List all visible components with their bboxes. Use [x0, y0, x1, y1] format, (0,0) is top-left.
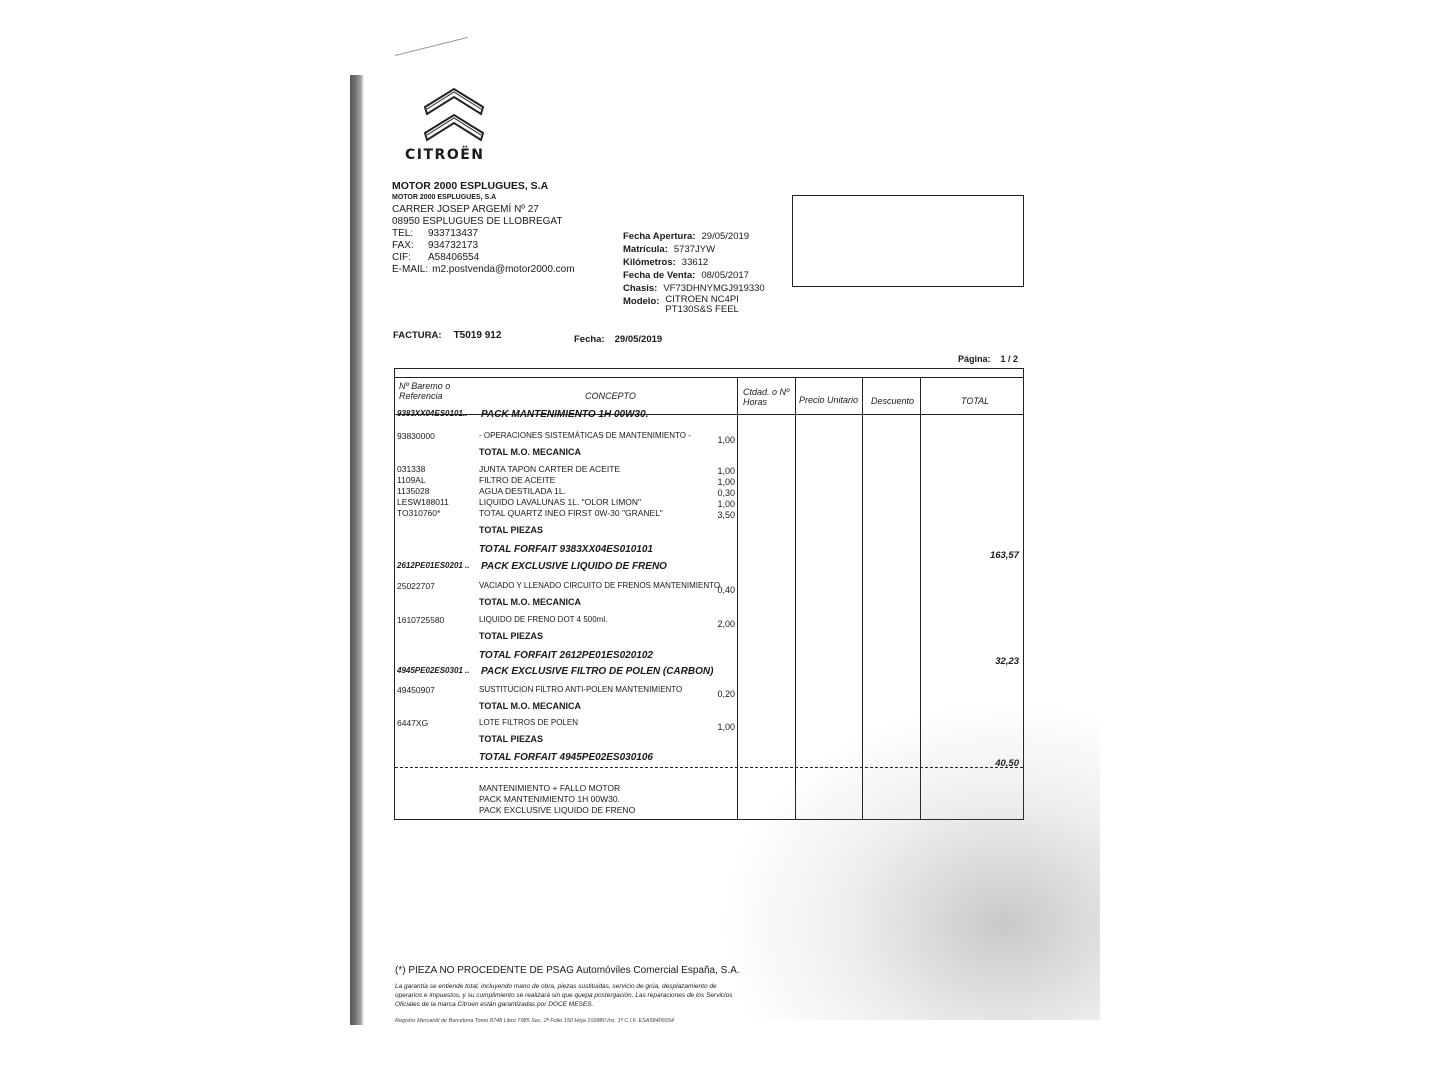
note-line: PACK EXCLUSIVE LIQUIDO DE FRENO [479, 805, 635, 816]
invoice-table: Nº Baremo o Referencia CONCEPTO Ctdad. o… [394, 368, 1024, 820]
row-reference: 2612PE01ES0201 .. [397, 561, 470, 570]
row-concepto: TOTAL PIEZAS [479, 525, 543, 535]
row-concepto: TOTAL M.O. MECANICA [479, 447, 581, 457]
matricula-value: 5737JYW [674, 243, 715, 256]
pagina-label: Página: [958, 354, 991, 364]
row-reference: 1610725580 [397, 615, 444, 625]
row-concepto: LOTE FILTROS DE POLEN [479, 718, 578, 727]
fecha-apertura-label: Fecha Apertura: [623, 230, 696, 243]
cif-label: CIF: [392, 252, 428, 264]
row-concepto: PACK EXCLUSIVE FILTRO DE POLEN (CARBON) [481, 666, 713, 677]
double-chevron-icon [423, 85, 485, 143]
fecha-apertura-value: 29/05/2019 [702, 230, 750, 243]
footer-registry: Registro Mercantil de Barcelona Tomo 874… [395, 1018, 674, 1024]
fecha-label: Fecha: [574, 334, 605, 345]
row-quantity: 0,40 [717, 585, 735, 595]
row-reference: LESW188011 [397, 497, 449, 507]
fecha-value: 29/05/2019 [615, 334, 663, 345]
row-concepto: PACK MANTENIMIENTO 1H 00W30. [481, 409, 648, 420]
row-concepto: TOTAL FORFAIT 2612PE01ES020102 [479, 650, 653, 661]
row-quantity: 1,00 [717, 722, 735, 732]
row-reference: 9383XX04ES0101.. [397, 409, 467, 418]
row-concepto: LIQUIDO LAVALUNAS 1L. "OLOR LIMON" [479, 497, 641, 507]
note-line: PACK MANTENIMIENTO 1H 00W30. [479, 794, 635, 805]
customer-address-box [792, 195, 1024, 287]
footer-note: (*) PIEZA NO PROCEDENTE DE PSAG Automóvi… [395, 965, 740, 976]
column-divider [862, 377, 863, 819]
factura-value: T5019 912 [454, 330, 502, 341]
row-quantity: 1,00 [717, 466, 735, 476]
factura-label: FACTURA: [393, 330, 442, 341]
row-concepto: LIQUIDO DE FRENO DOT 4 500ml. [479, 615, 607, 624]
vehicle-info: Fecha Apertura:29/05/2019 Matrícula:5737… [623, 230, 785, 315]
row-quantity: 1,00 [717, 499, 735, 509]
matricula-label: Matrícula: [623, 243, 668, 256]
row-reference: 49450907 [397, 685, 435, 695]
row-total: 163,57 [990, 550, 1019, 561]
company-name: MOTOR 2000 ESPLUGUES, S.A [392, 180, 575, 192]
fecha-venta-value: 08/05/2017 [701, 269, 749, 282]
row-concepto: TOTAL FORFAIT 9383XX04ES010101 [479, 544, 653, 555]
header-precio: Precio Unitario [799, 395, 858, 405]
invoice-date: Fecha: 29/05/2019 [574, 334, 662, 345]
row-concepto: TOTAL PIEZAS [479, 734, 543, 744]
row-quantity: 0,30 [717, 488, 735, 498]
row-concepto: SUSTITUCION FILTRO ANTI-POLEN MANTENIMIE… [479, 685, 682, 694]
header-ref: Nº Baremo o Referencia [399, 381, 469, 401]
modelo-value: CITROEN NC4PI PT130S&S FEEL [665, 295, 785, 315]
row-reference: 1135028 [397, 486, 429, 496]
row-reference: 25022707 [397, 581, 435, 591]
row-concepto: FILTRO DE ACEITE [479, 475, 555, 485]
dashed-separator [395, 767, 1023, 768]
row-reference: 031338 [397, 464, 425, 474]
company-name-small: MOTOR 2000 ESPLUGUES, S.A [392, 192, 575, 204]
row-concepto: TOTAL FORFAIT 4945PE02ES030106 [479, 752, 653, 763]
row-concepto: - OPERACIONES SISTEMÁTICAS DE MANTENIMIE… [479, 431, 691, 440]
row-quantity: 3,50 [717, 510, 735, 520]
row-quantity: 2,00 [717, 619, 735, 629]
row-concepto: TOTAL M.O. MECANICA [479, 701, 581, 711]
email-value: m2.postvenda@motor2000.com [432, 264, 574, 276]
row-concepto: PACK EXCLUSIVE LIQUIDO DE FRENO [481, 561, 667, 572]
row-total: 32,23 [995, 656, 1019, 667]
note-line: MANTENIMIENTO + FALLO MOTOR [479, 783, 635, 794]
scan-shadow-edge [350, 75, 364, 1025]
page-number: Página: 1 / 2 [958, 354, 1018, 364]
fecha-venta-label: Fecha de Venta: [623, 269, 695, 282]
kilometros-label: Kilómetros: [623, 256, 676, 269]
row-reference: 93830000 [397, 431, 435, 441]
row-quantity: 1,00 [717, 435, 735, 445]
fax-value: 934732173 [428, 240, 478, 252]
row-concepto: TOTAL M.O. MECANICA [479, 597, 581, 607]
tel-label: TEL: [392, 228, 428, 240]
row-concepto: TOTAL PIEZAS [479, 631, 543, 641]
row-concepto: TOTAL QUARTZ INEO FIRST 0W-30 "GRANEL" [479, 508, 663, 518]
column-divider [795, 377, 796, 819]
fax-label: FAX: [392, 240, 428, 252]
citroen-logo: CITROËN [405, 85, 505, 163]
row-reference: TO310760* [397, 508, 440, 518]
company-address-line2: 08950 ESPLUGUES DE LLOBREGAT [392, 216, 575, 228]
footer-warranty-text: La garantía se entiende total, incluyend… [395, 982, 735, 1009]
row-reference: 6447XG [397, 718, 428, 728]
row-concepto: VACIADO Y LLENADO CIRCUITO DE FRENOS MAN… [479, 581, 720, 590]
company-info: MOTOR 2000 ESPLUGUES, S.A MOTOR 2000 ESP… [392, 180, 575, 276]
row-quantity: 0,20 [717, 689, 735, 699]
row-reference: 4945PE02ES0301 .. [397, 666, 470, 675]
column-divider [920, 377, 921, 819]
header-concepto: CONCEPTO [585, 391, 636, 401]
cif-value: A58406554 [428, 252, 479, 264]
row-concepto: JUNTA TAPON CARTER DE ACEITE [479, 464, 620, 474]
column-divider [737, 377, 738, 819]
header-total: TOTAL [961, 396, 989, 406]
company-address-line1: CARRER JOSEP ARGEMÍ Nº 27 [392, 204, 575, 216]
modelo-label: Modelo: [623, 295, 659, 315]
row-reference: 1109AL [397, 475, 426, 485]
chasis-label: Chasis: [623, 282, 657, 295]
invoice-number: FACTURA: T5019 912 [393, 330, 501, 341]
email-label: E-MAIL: [392, 264, 428, 276]
tel-value: 933713437 [428, 228, 478, 240]
pagina-value: 1 / 2 [1001, 354, 1019, 364]
kilometros-value: 33612 [682, 256, 708, 269]
row-concepto: AGUA DESTILADA 1L. [479, 486, 566, 496]
row-quantity: 1,00 [717, 477, 735, 487]
header-descuento: Descuento [871, 396, 914, 406]
brand-name: CITROËN [405, 147, 505, 163]
header-cantidad: Ctdad. o Nº Horas [743, 387, 793, 407]
notes-block: MANTENIMIENTO + FALLO MOTOR PACK MANTENI… [479, 783, 635, 816]
